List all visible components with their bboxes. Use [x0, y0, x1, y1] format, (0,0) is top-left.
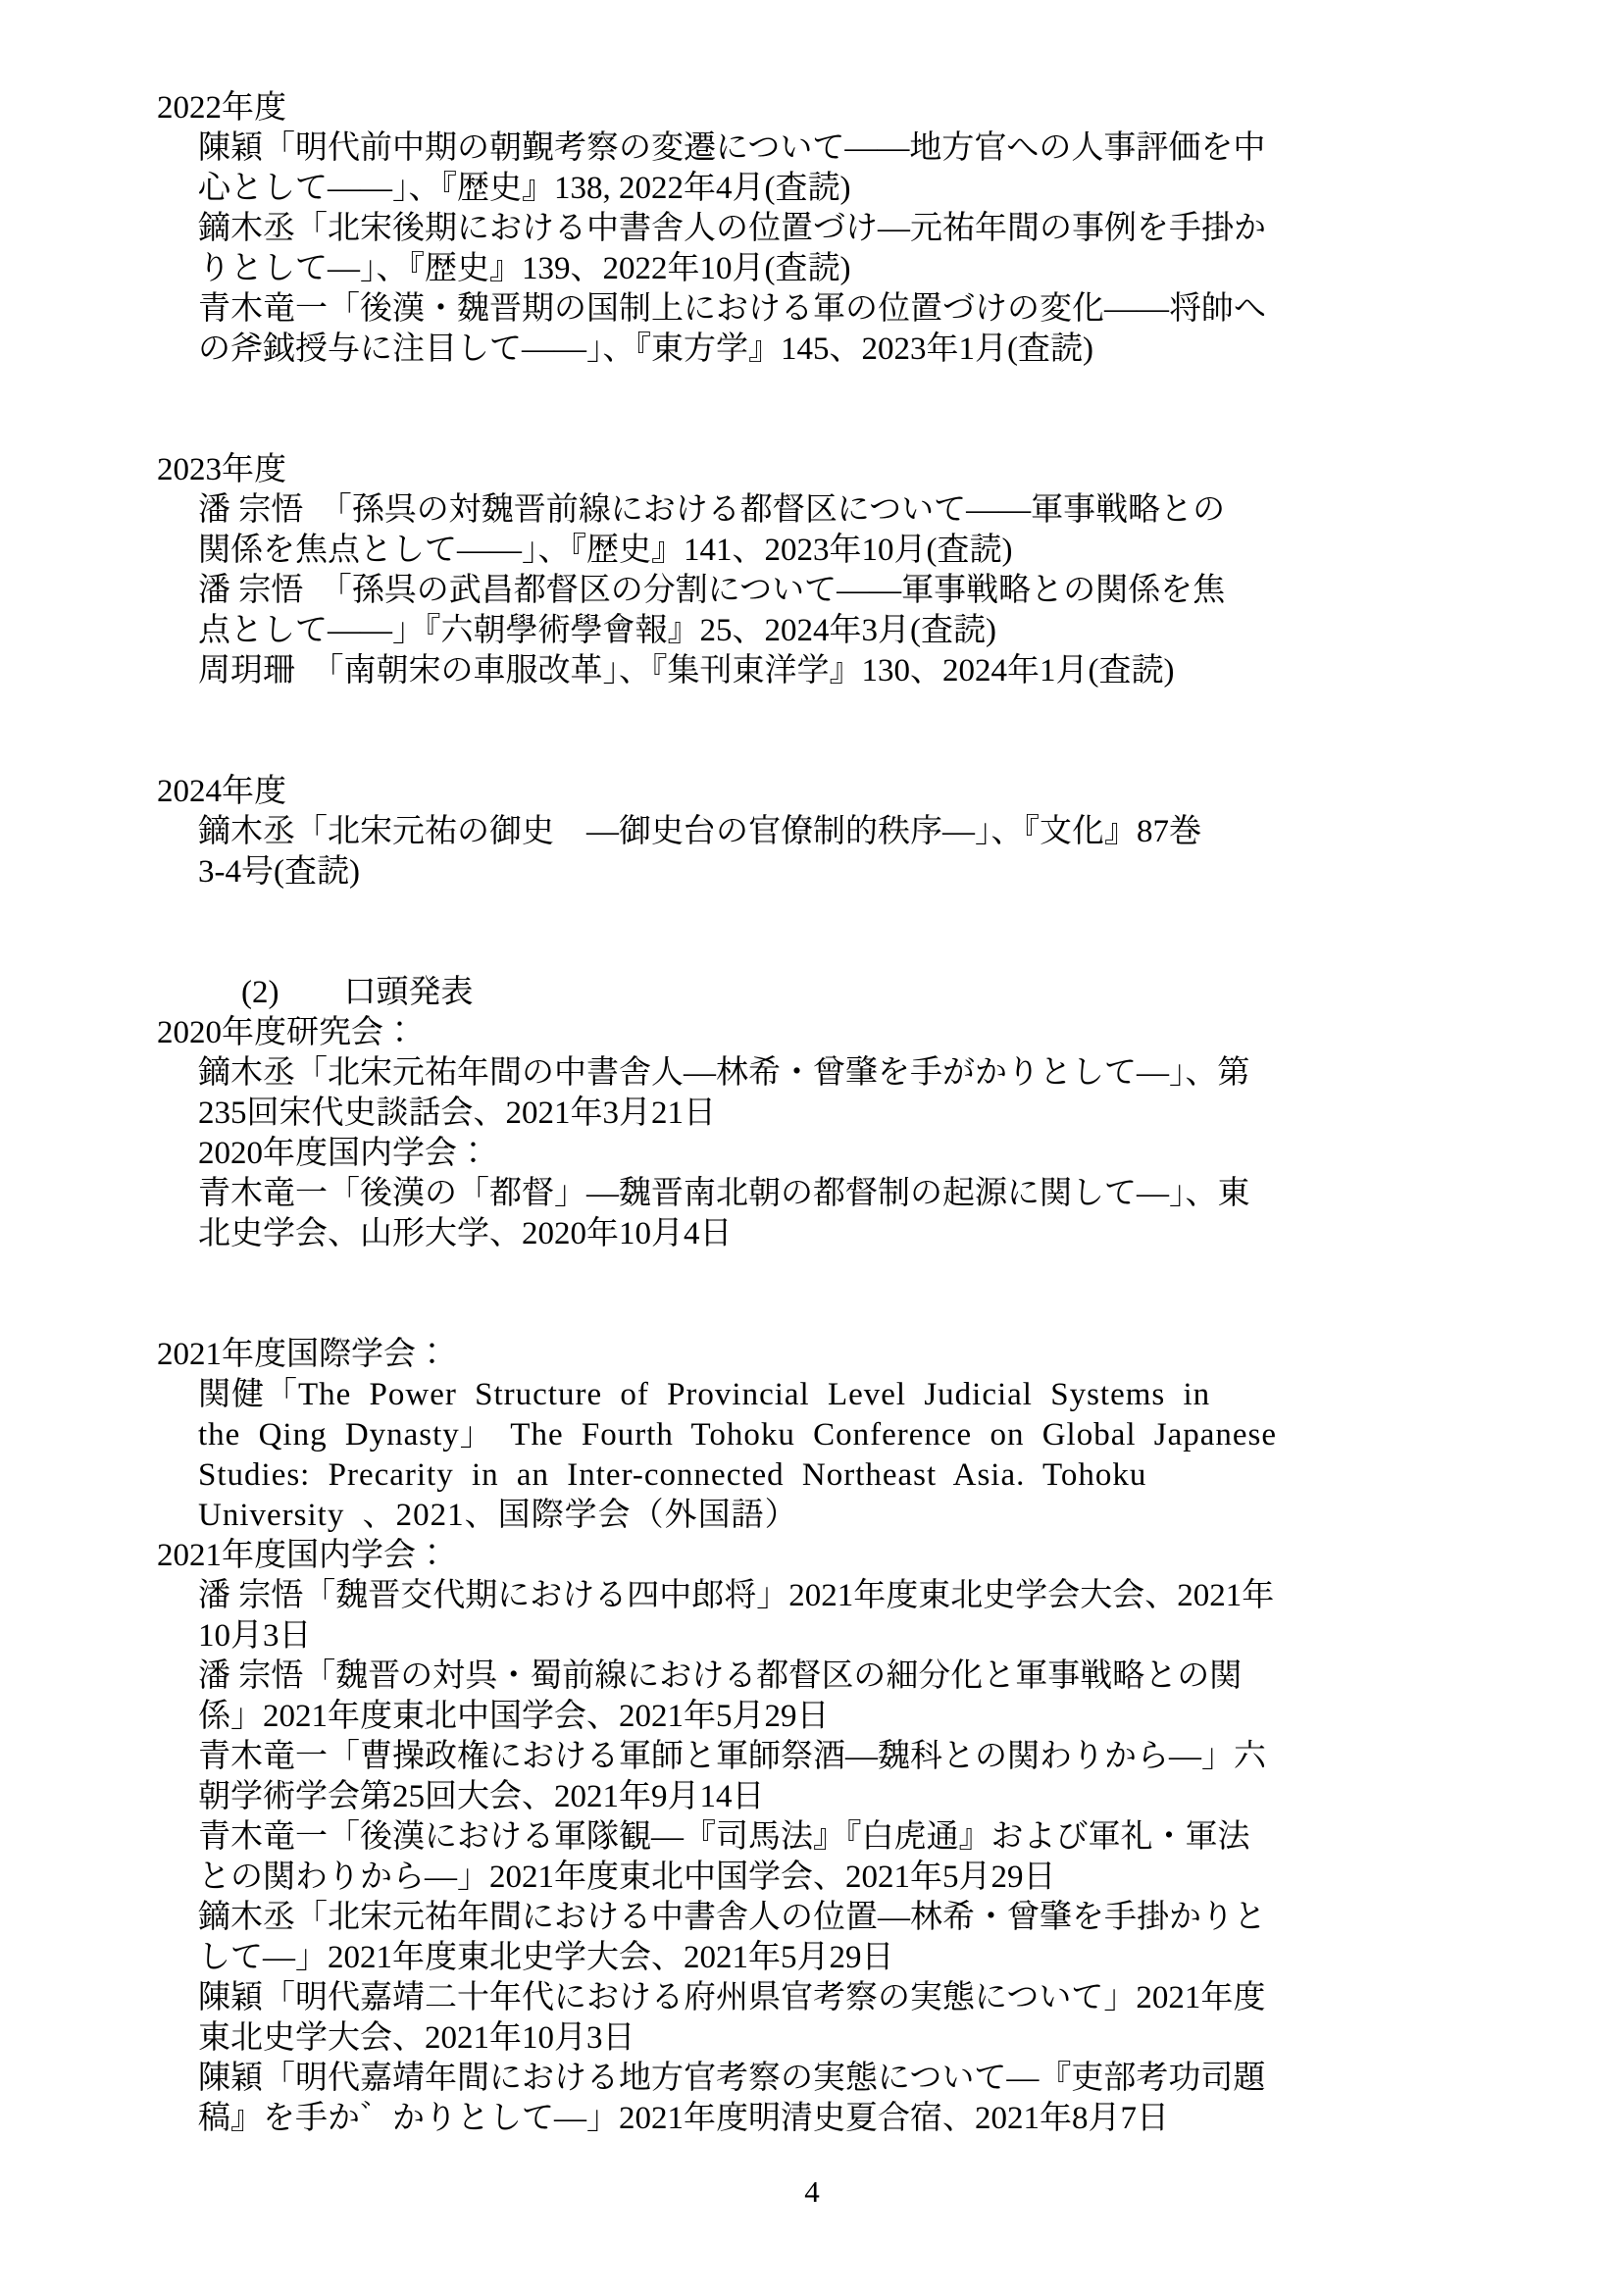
publication-line: 鏑木丞「北宋元祐の御史 ―御史台の官僚制的秩序―」、『文化』87巻 [198, 812, 1487, 852]
section-publications-2022: 2022年度 陳穎「明代前中期の朝覲考察の変遷について――地方官への人事評価を中… [157, 88, 1487, 370]
document-page: 2022年度 陳穎「明代前中期の朝覲考察の変遷について――地方官への人事評価を中… [0, 0, 1624, 2294]
publication-line: 周玥珊 「南朝宋の車服改革」、『集刊東洋学』130、2024年1月(査読) [198, 651, 1487, 691]
section-publications-2024: 2024年度 鏑木丞「北宋元祐の御史 ―御史台の官僚制的秩序―」、『文化』87巻… [157, 772, 1487, 892]
presentation-line: 稿』を手か゛かりとして―」2021年度明清史夏合宿、2021年8月7日 [198, 2099, 1487, 2139]
page-number: 4 [0, 2171, 1624, 2212]
heading-2021-international: 2021年度国際学会： [157, 1335, 1487, 1375]
presentation-line: 係」2021年度東北中国学会、2021年5月29日 [198, 1697, 1487, 1737]
publication-line: の斧鉞授与に注目して――」、『東方学』145、2023年1月(査読) [198, 330, 1487, 370]
section-publications-2023: 2023年度 潘 宗悟 「孫呉の対魏晋前線における都督区について――軍事戦略との… [157, 450, 1487, 691]
presentation-line: 235回宋代史談話会、2021年3月21日 [198, 1094, 1487, 1134]
presentation-line: 鏑木丞「北宋元祐年間の中書舎人―林希・曾肇を手がかりとして―」、第 [198, 1053, 1487, 1094]
presentation-line: 朝学術学会第25回大会、2021年9月14日 [198, 1777, 1487, 1817]
presentation-line: 青木竜一「曹操政権における軍師と軍師祭酒―魏科との関わりから―」六 [198, 1737, 1487, 1777]
presentation-line: 関健「The Power Structure of Provincial Lev… [198, 1375, 1487, 1415]
oral-presentations-header: (2) 口頭発表 [241, 973, 1487, 1013]
presentation-line: the Qing Dynasty」 The Fourth Tohoku Conf… [198, 1415, 1487, 1455]
heading-2020-workshop: 2020年度研究会： [157, 1013, 1487, 1053]
fiscal-year-heading-2024: 2024年度 [157, 772, 1487, 812]
publication-line: 心として――」、『歴史』138, 2022年4月(査読) [198, 169, 1487, 209]
presentation-line: 東北史学大会、2021年10月3日 [198, 2018, 1487, 2059]
presentation-line: 潘 宗悟「魏晋の対呉・蜀前線における都督区の細分化と軍事戦略との関 [198, 1657, 1487, 1697]
presentation-line: 陳穎「明代嘉靖二十年代における府州県官考察の実態について」2021年度 [198, 1978, 1487, 2018]
fiscal-year-heading-2022: 2022年度 [157, 88, 1487, 128]
document-content: 2022年度 陳穎「明代前中期の朝覲考察の変遷について――地方官への人事評価を中… [157, 88, 1487, 2139]
publication-line: 鏑木丞「北宋後期における中書舎人の位置づけ―元祐年間の事例を手掛か [198, 209, 1487, 249]
presentation-line: して―」2021年度東北史学大会、2021年5月29日 [198, 1938, 1487, 1978]
publication-line: りとして―」、『歴史』139、2022年10月(査読) [198, 249, 1487, 289]
presentation-line: 青木竜一「後漢における軍隊観―『司馬法』『白虎通』および軍礼・軍法 [198, 1817, 1487, 1858]
publication-line: 3-4号(査読) [198, 852, 1487, 892]
fiscal-year-heading-2023: 2023年度 [157, 450, 1487, 490]
section-2021-domestic: 2021年度国内学会： 潘 宗悟「魏晋交代期における四中郎将」2021年度東北史… [157, 1536, 1487, 2139]
presentation-line: Studies: Precarity in an Inter-connected… [198, 1455, 1487, 1496]
section-2021-international: 2021年度国際学会： 関健「The Power Structure of Pr… [157, 1335, 1487, 1536]
presentation-line: 鏑木丞「北宋元祐年間における中書舎人の位置―林希・曾肇を手掛かりと [198, 1898, 1487, 1938]
publication-line: 潘 宗悟 「孫呉の武昌都督区の分割について――軍事戦略との関係を焦 [198, 571, 1487, 611]
presentation-line: 潘 宗悟「魏晋交代期における四中郎将」2021年度東北史学会大会、2021年 [198, 1576, 1487, 1616]
presentation-line: 青木竜一「後漢の「都督」―魏晋南北朝の都督制の起源に関して―」、東 [198, 1174, 1487, 1214]
presentation-line: との関わりから―」2021年度東北中国学会、2021年5月29日 [198, 1858, 1487, 1898]
presentation-line: University 、2021、国際学会（外国語） [198, 1496, 1487, 1536]
heading-2020-domestic: 2020年度国内学会： [198, 1134, 1487, 1174]
section-oral-presentations: (2) 口頭発表 2020年度研究会： 鏑木丞「北宋元祐年間の中書舎人―林希・曾… [157, 973, 1487, 1254]
publication-line: 陳穎「明代前中期の朝覲考察の変遷について――地方官への人事評価を中 [198, 128, 1487, 169]
heading-2021-domestic: 2021年度国内学会： [157, 1536, 1487, 1576]
publication-line: 関係を焦点として――」、『歴史』141、2023年10月(査読) [198, 531, 1487, 571]
presentation-line: 10月3日 [198, 1616, 1487, 1657]
publication-line: 青木竜一「後漢・魏晋期の国制上における軍の位置づけの変化――将帥へ [198, 289, 1487, 330]
presentation-line: 北史学会、山形大学、2020年10月4日 [198, 1214, 1487, 1254]
presentation-line: 陳穎「明代嘉靖年間における地方官考察の実態について―『吏部考功司題 [198, 2059, 1487, 2099]
publication-line: 点として――」『六朝學術學會報』25、2024年3月(査読) [198, 611, 1487, 651]
publication-line: 潘 宗悟 「孫呉の対魏晋前線における都督区について――軍事戦略との [198, 490, 1487, 531]
